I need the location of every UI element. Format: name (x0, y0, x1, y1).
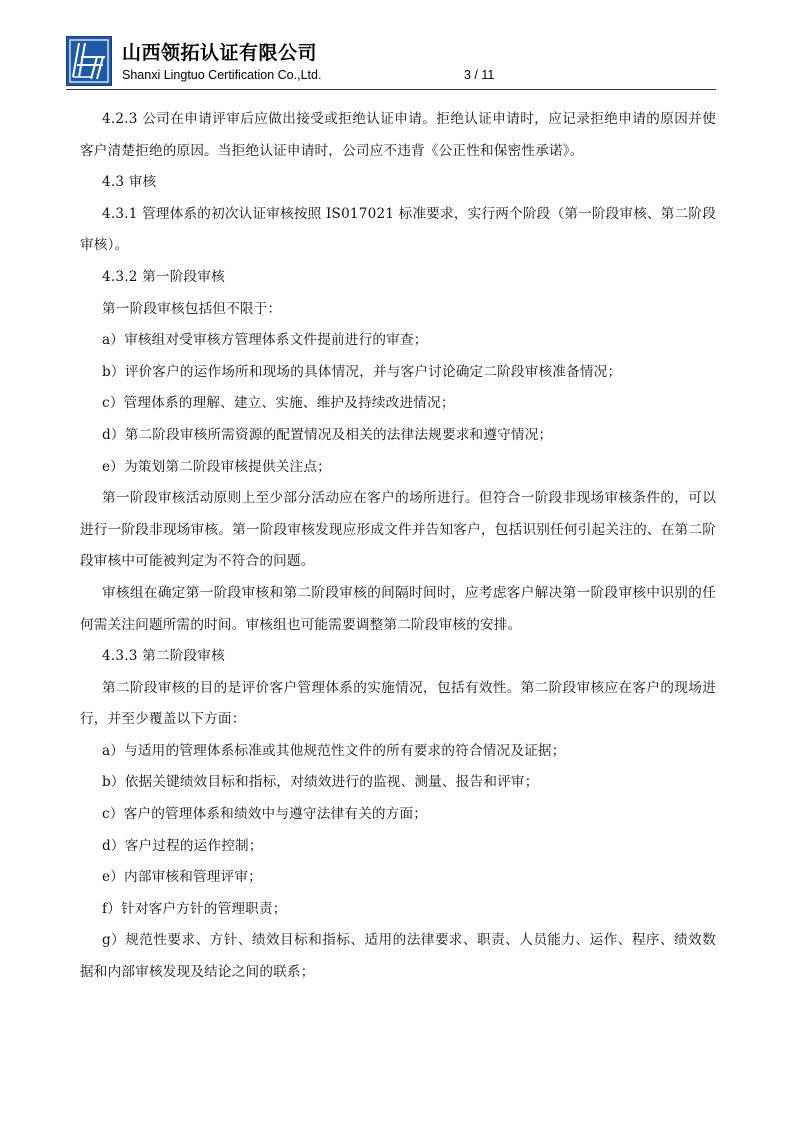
company-name-english: Shanxi Lingtuo Certification Co.,Ltd. (122, 68, 321, 82)
list-item-stage2-c: c）客户的管理体系和绩效中与遵守法律有关的方面； (80, 799, 716, 831)
list-item-stage2-e: e）内部审核和管理评审； (80, 862, 716, 894)
list-item-stage1-b: b）评价客户的运作场所和现场的具体情况，并与客户讨论确定二阶段审核准备情况； (80, 357, 716, 389)
page-header: 山西领拓认证有限公司 Shanxi Lingtuo Certification … (66, 36, 716, 90)
list-item-stage1-e: e）为策划第二阶段审核提供关注点； (80, 452, 716, 484)
list-item-stage2-d: d）客户过程的运作控制； (80, 831, 716, 863)
list-item-stage2-b: b）依据关键绩效目标和指标，对绩效进行的监视、测量、报告和评审； (80, 767, 716, 799)
paragraph-stage-interval: 审核组在确定第一阶段审核和第二阶段审核的间隔时间时，应考虑客户解决第一阶段审核中… (80, 578, 716, 641)
list-item-stage2-a: a）与适用的管理体系标准或其他规范性文件的所有要求的符合情况及证据； (80, 736, 716, 768)
paragraph-4-3-1: 4.3.1 管理体系的初次认证审核按照 IS017021 标准要求，实行两个阶段… (80, 199, 716, 262)
list-item-stage1-a: a）审核组对受审核方管理体系文件提前进行的审查； (80, 325, 716, 357)
list-item-stage1-d: d）第二阶段审核所需资源的配置情况及相关的法律法规要求和遵守情况； (80, 420, 716, 452)
company-logo-icon (66, 36, 112, 86)
paragraph-stage1-intro: 第一阶段审核包括但不限于： (80, 294, 716, 326)
paragraph-4-2-3: 4.2.3 公司在申请评审后应做出接受或拒绝认证申请。拒绝认证申请时，应记录拒绝… (80, 104, 716, 167)
list-item-stage2-g: g）规范性要求、方针、绩效目标和指标、适用的法律要求、职责、人员能力、运作、程序… (80, 925, 716, 988)
list-item-stage1-c: c）管理体系的理解、建立、实施、维护及持续改进情况； (80, 388, 716, 420)
document-body: 4.2.3 公司在申请评审后应做出接受或拒绝认证申请。拒绝认证申请时，应记录拒绝… (80, 104, 716, 989)
header-divider (66, 89, 716, 90)
heading-4-3-2: 4.3.2 第一阶段审核 (80, 262, 716, 294)
list-item-stage2-f: f）针对客户方针的管理职责； (80, 894, 716, 926)
paragraph-stage2-intro: 第二阶段审核的目的是评价客户管理体系的实施情况，包括有效性。第二阶段审核应在客户… (80, 673, 716, 736)
page-number: 3 / 11 (464, 68, 494, 82)
heading-4-3-3: 4.3.3 第二阶段审核 (80, 641, 716, 673)
paragraph-stage1-activities: 第一阶段审核活动原则上至少部分活动应在客户的场所进行。但符合一阶段非现场审核条件… (80, 483, 716, 578)
heading-4-3: 4.3 审核 (80, 167, 716, 199)
company-name-chinese: 山西领拓认证有限公司 (122, 38, 317, 65)
